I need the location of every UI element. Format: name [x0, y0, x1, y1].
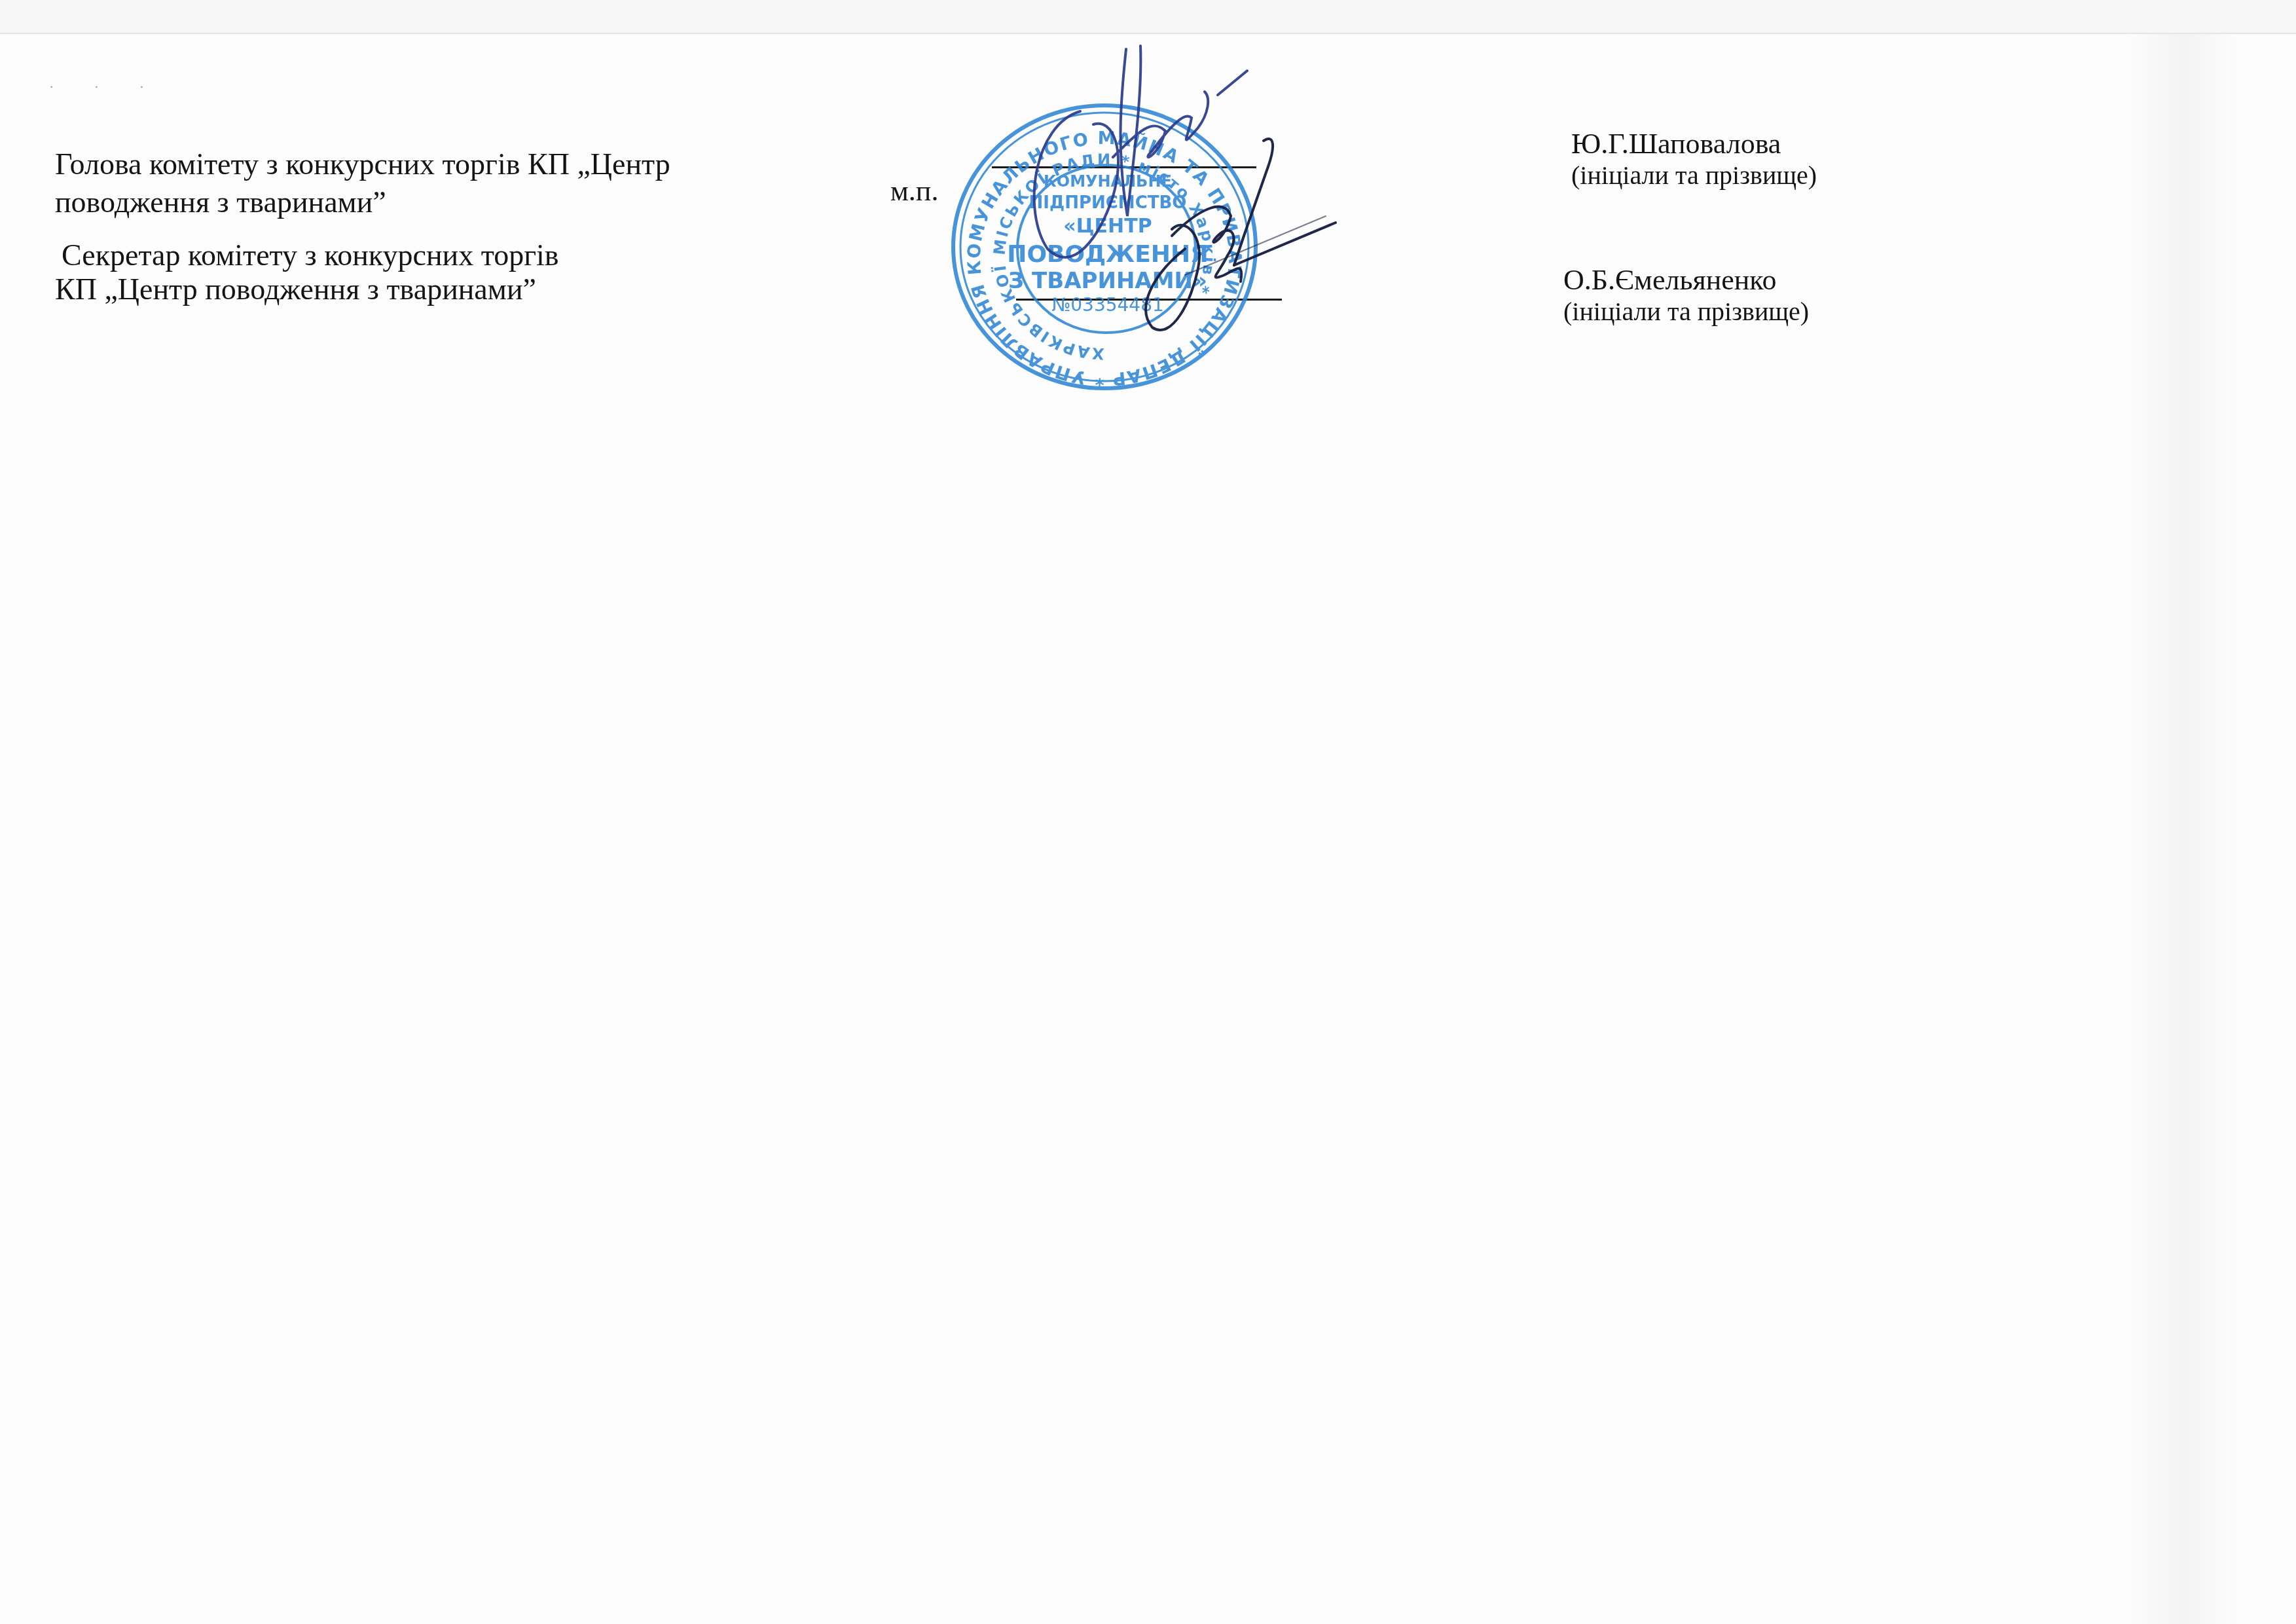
svg-text:ПІДПРИЄМСТВО: ПІДПРИЄМСТВО — [1029, 193, 1187, 213]
seal-place-label: м.п. — [890, 172, 938, 210]
secretary-name: О.Б.Ємельяненко — [1563, 265, 1809, 296]
stamp-center-text: КОМУНАЛЬНЕ ПІДПРИЄМСТВО «ЦЕНТР ПОВОДЖЕНН… — [1007, 172, 1208, 316]
secretary-name-hint: (ініціали та прізвище) — [1563, 296, 1809, 327]
scan-shade — [2128, 34, 2239, 1624]
secretary-title-line-2: КП „Центр поводження з тваринами” — [55, 272, 559, 306]
svg-text:«ЦЕНТР: «ЦЕНТР — [1063, 215, 1152, 238]
secretary-title: Секретар комітету з конкурсних торгів КП… — [55, 238, 559, 306]
scan-top-edge — [0, 0, 2296, 34]
stamp-inner-ring-text: ХАРКІВСЬКОЇ МІСЬКОЇ РАДИ * місто Харків … — [990, 151, 1218, 363]
chairman-signature — [1034, 46, 1247, 257]
scan-specks: · · · — [49, 79, 162, 96]
signature-line-secretary — [1016, 299, 1282, 301]
chairman-title: Голова комітету з конкурсних торгів КП „… — [55, 145, 670, 221]
chairman-title-line-2: поводження з тваринами” — [55, 183, 670, 221]
chairman-name-block: Ю.Г.Шаповалова (ініціали та прізвище) — [1571, 128, 1817, 191]
svg-text:ПОВОДЖЕННЯ: ПОВОДЖЕННЯ — [1007, 241, 1208, 268]
secretary-name-block: О.Б.Ємельяненко (ініціали та прізвище) — [1563, 265, 1809, 327]
secretary-title-line-1: Секретар комітету з конкурсних торгів — [55, 238, 559, 272]
svg-text:З ТВАРИНАМИ»: З ТВАРИНАМИ» — [1008, 268, 1207, 294]
signature-line-chairman — [992, 166, 1256, 168]
chairman-title-line-1: Голова комітету з конкурсних торгів КП „… — [55, 145, 670, 183]
svg-text:КОМУНАЛЬНЕ: КОМУНАЛЬНЕ — [1044, 172, 1172, 191]
chairman-name-hint: (ініціали та прізвище) — [1571, 160, 1817, 191]
svg-text:№03354481: №03354481 — [1051, 294, 1164, 316]
chairman-name: Ю.Г.Шаповалова — [1571, 128, 1817, 160]
